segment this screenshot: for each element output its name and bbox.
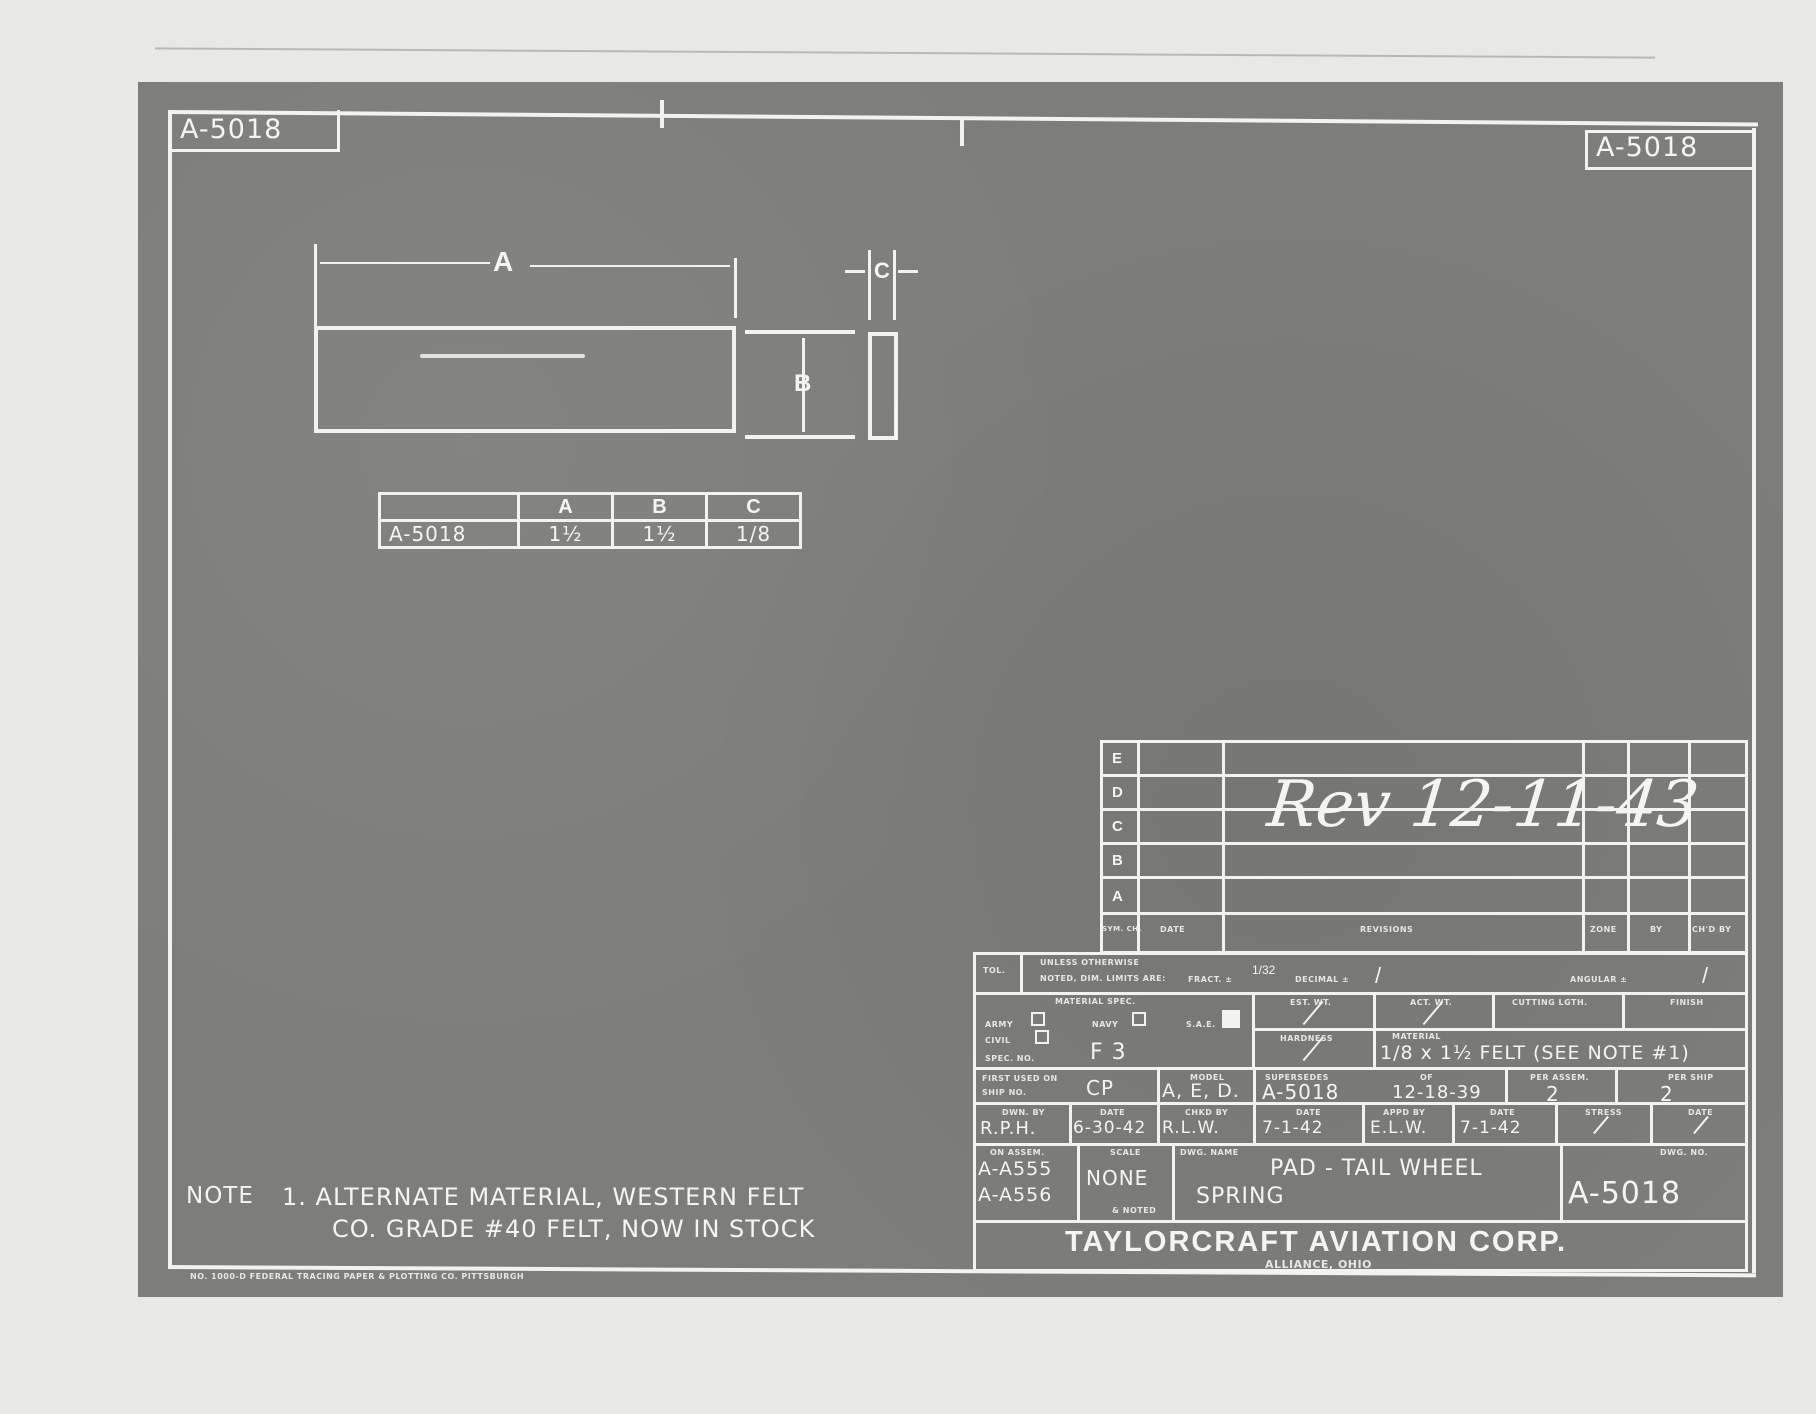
chkd-by-label: CHKD BY bbox=[1185, 1108, 1228, 1117]
decimal-label: DECIMAL ± bbox=[1295, 975, 1349, 984]
dwg-no-label: DWG. NO. bbox=[1660, 1148, 1708, 1157]
tol-text-2: NOTED, DIM. LIMITS ARE: bbox=[1040, 974, 1166, 983]
table-header-cell bbox=[380, 494, 519, 521]
table-row: A-5018 1½ 1½ 1/8 bbox=[380, 521, 801, 548]
dimension-label-c: C bbox=[874, 258, 890, 284]
dwn-date-value: 6-30-42 bbox=[1073, 1118, 1146, 1138]
angular-label: ANGULAR ± bbox=[1570, 975, 1627, 984]
frame-left bbox=[168, 110, 172, 1268]
dimension-table-header: A B C bbox=[380, 494, 801, 521]
dimension-label-b: B bbox=[794, 370, 811, 398]
rev-sym-e: E bbox=[1112, 750, 1122, 767]
dwn-by-label: DWN. BY bbox=[1002, 1108, 1045, 1117]
of-value: 12-18-39 bbox=[1392, 1082, 1482, 1103]
first-used-label-2: SHIP NO. bbox=[982, 1088, 1026, 1097]
tol-text-1: UNLESS OTHERWISE bbox=[1040, 958, 1139, 967]
corner-label-left: A-5018 bbox=[180, 114, 282, 145]
note-line-2: CO. GRADE #40 FELT, NOW IN STOCK bbox=[332, 1215, 815, 1243]
hardness-label: HARDNESS bbox=[1280, 1034, 1333, 1043]
paper-imprint: NO. 1000-D FEDERAL TRACING PAPER & PLOTT… bbox=[190, 1272, 524, 1281]
table-header-cell: A bbox=[519, 494, 613, 521]
first-used-value: CP bbox=[1086, 1076, 1114, 1100]
appd-by-value: E.L.W. bbox=[1370, 1118, 1427, 1138]
act-wt-label: ACT. WT. bbox=[1410, 998, 1452, 1007]
scale-label: SCALE bbox=[1110, 1148, 1141, 1157]
cutting-lgth-label: CUTTING LGTH. bbox=[1512, 998, 1588, 1007]
scale-note: & NOTED bbox=[1112, 1206, 1156, 1215]
dwn-by-value: R.P.H. bbox=[980, 1118, 1036, 1139]
dimension-table: A B C A-5018 1½ 1½ 1/8 bbox=[378, 492, 802, 549]
dwg-name-1: PAD - TAIL WHEEL bbox=[1270, 1156, 1483, 1181]
company-name: TAYLORCRAFT AVIATION CORP. bbox=[1065, 1226, 1567, 1259]
angular-value: / bbox=[1702, 963, 1708, 989]
note-label: NOTE bbox=[186, 1183, 254, 1209]
dimension-label-a: A bbox=[493, 246, 513, 278]
fract-value: 1/32 bbox=[1252, 963, 1275, 977]
civil-checkbox[interactable] bbox=[1035, 1030, 1049, 1044]
scale-value: NONE bbox=[1086, 1166, 1148, 1190]
navy-checkbox[interactable] bbox=[1132, 1012, 1146, 1026]
table-header-cell: B bbox=[613, 494, 707, 521]
rev-sym-c: C bbox=[1112, 818, 1123, 835]
frame-right bbox=[1752, 128, 1756, 1273]
rev-footer-by: BY bbox=[1650, 925, 1662, 934]
frame-tick bbox=[960, 118, 964, 146]
first-used-label-1: FIRST USED ON bbox=[982, 1074, 1058, 1083]
rev-handwritten-note: Rev 12-11-43 bbox=[1264, 768, 1702, 842]
per-ship-value: 2 bbox=[1660, 1082, 1674, 1106]
chkd-date-label: DATE bbox=[1296, 1108, 1321, 1117]
per-ship-label: PER SHIP bbox=[1668, 1073, 1714, 1082]
civil-label: CIVIL bbox=[985, 1036, 1011, 1045]
fract-label: FRACT. ± bbox=[1188, 975, 1232, 984]
chkd-date-value: 7-1-42 bbox=[1262, 1118, 1324, 1138]
rev-sym-d: D bbox=[1112, 784, 1123, 801]
rev-sym-b: B bbox=[1112, 852, 1123, 869]
material-spec-label: MATERIAL SPEC. bbox=[1055, 997, 1136, 1006]
appd-date-value: 7-1-42 bbox=[1460, 1118, 1522, 1138]
dwg-name-2: SPRING bbox=[1196, 1184, 1285, 1209]
model-value: A, E, D. bbox=[1162, 1080, 1240, 1102]
corner-label-right: A-5018 bbox=[1596, 132, 1698, 163]
on-assem-label: ON ASSEM. bbox=[990, 1148, 1045, 1157]
material-label: MATERIAL bbox=[1392, 1032, 1441, 1041]
material-value: 1/8 x 1½ FELT (SEE NOTE #1) bbox=[1380, 1042, 1690, 1064]
on-assem-1: A-A555 bbox=[978, 1158, 1052, 1180]
per-assem-value: 2 bbox=[1546, 1082, 1560, 1106]
dwg-name-label: DWG. NAME bbox=[1180, 1148, 1239, 1157]
supersedes-value: A-5018 bbox=[1262, 1080, 1339, 1104]
per-assem-label: PER ASSEM. bbox=[1530, 1073, 1589, 1082]
dwn-date-label: DATE bbox=[1100, 1108, 1125, 1117]
navy-label: NAVY bbox=[1092, 1020, 1118, 1029]
on-assem-2: A-A556 bbox=[978, 1184, 1052, 1206]
sae-checkbox[interactable] bbox=[1222, 1010, 1240, 1028]
appd-by-label: APPD BY bbox=[1383, 1108, 1425, 1117]
note-line-1: 1. ALTERNATE MATERIAL, WESTERN FELT bbox=[282, 1183, 804, 1211]
spec-no-label: SPEC. NO. bbox=[985, 1054, 1035, 1063]
army-label: ARMY bbox=[985, 1020, 1013, 1029]
appd-date-label: DATE bbox=[1490, 1108, 1515, 1117]
rev-footer-chkd: CH'D BY bbox=[1692, 925, 1731, 934]
tol-label: TOL. bbox=[983, 966, 1005, 975]
decimal-value: / bbox=[1375, 963, 1381, 989]
frame-tick bbox=[660, 100, 664, 128]
table-cell: 1½ bbox=[613, 521, 707, 548]
company-location: ALLIANCE, OHIO bbox=[1265, 1258, 1372, 1271]
stress-date-label: DATE bbox=[1688, 1108, 1713, 1117]
est-wt-label: EST. WT. bbox=[1290, 998, 1331, 1007]
rev-footer-zone: ZONE bbox=[1590, 925, 1617, 934]
paper-edge-line bbox=[155, 47, 1655, 58]
sae-label: S.A.E. bbox=[1186, 1020, 1216, 1029]
dwg-no-value: A-5018 bbox=[1568, 1176, 1681, 1211]
spec-no: F 3 bbox=[1090, 1040, 1127, 1065]
chkd-by-value: R.L.W. bbox=[1162, 1118, 1220, 1138]
table-header-cell: C bbox=[707, 494, 801, 521]
stress-label: STRESS bbox=[1585, 1108, 1622, 1117]
of-label: OF bbox=[1420, 1073, 1433, 1082]
table-cell: A-5018 bbox=[380, 521, 519, 548]
finish-label: FINISH bbox=[1670, 998, 1704, 1007]
army-checkbox[interactable] bbox=[1031, 1012, 1045, 1026]
table-cell: 1½ bbox=[519, 521, 613, 548]
rev-footer-revisions: REVISIONS bbox=[1360, 925, 1413, 934]
rev-sym-a: A bbox=[1112, 888, 1123, 905]
rev-footer-date: DATE bbox=[1160, 925, 1185, 934]
table-cell: 1/8 bbox=[707, 521, 801, 548]
rev-footer-sym: SYM. CH. bbox=[1102, 925, 1142, 933]
